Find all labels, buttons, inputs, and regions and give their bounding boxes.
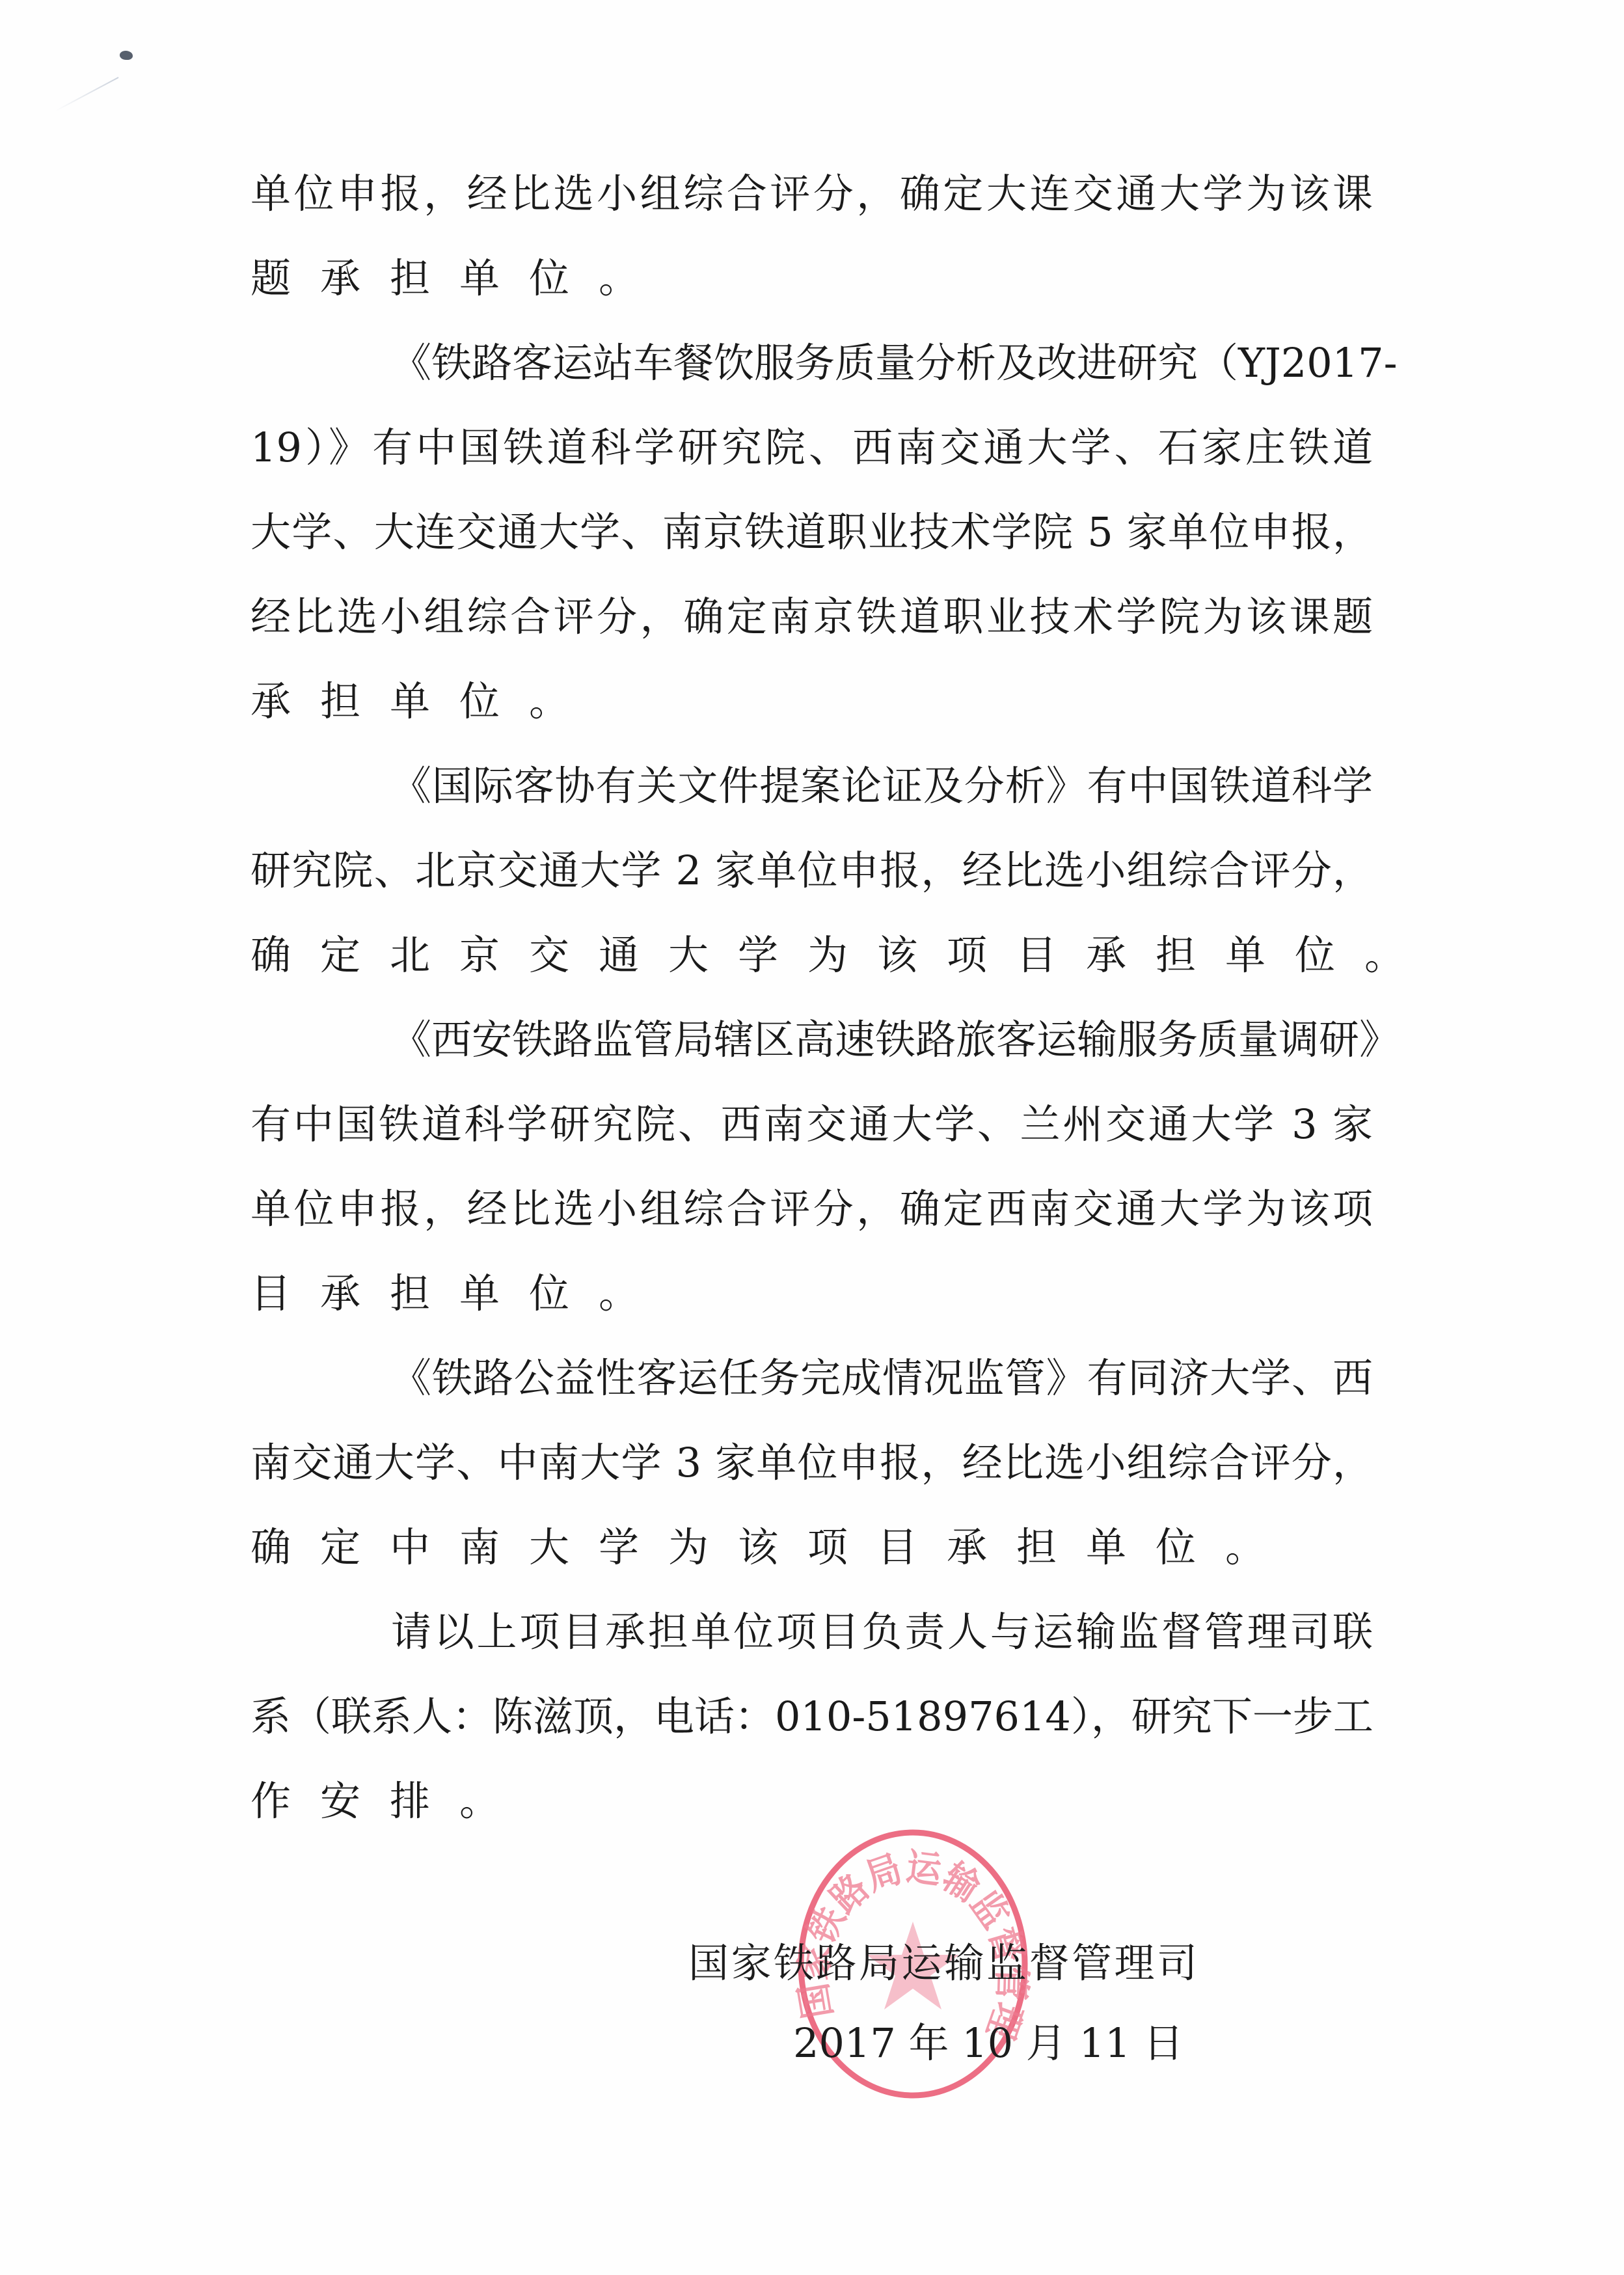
paragraph-2-line-1: 《铁路客运站车餐饮服务质量分析及改进研究（YJ2017- <box>250 321 1373 405</box>
paragraph-6-line-2: 系（联系人：陈滋顶，电话：010-51897614），研究下一步工 <box>250 1674 1373 1759</box>
paragraph-5-line-3: 确定中南大学为该项目承担单位。 <box>250 1505 1373 1590</box>
paragraph-2-line-3: 大学、大连交通大学、南京铁道职业技术学院 5 家单位申报， <box>250 490 1373 575</box>
signature-organization: 国家铁路局运输监督管理司 <box>688 1934 1197 1993</box>
paragraph-2-line-2: 19）》有中国铁道科学研究院、西南交通大学、石家庄铁道 <box>250 405 1373 490</box>
document-page: 单位申报，经比选小组综合评分，确定大连交通大学为该课 题承担单位。 《铁路客运站… <box>0 0 1624 2275</box>
paragraph-1-line-2: 题承担单位。 <box>250 236 1373 321</box>
paragraph-3-line-1: 《国际客协有关文件提案论证及分析》有中国铁道科学 <box>250 744 1373 828</box>
paragraph-4-line-2: 有中国铁道科学研究院、西南交通大学、兰州交通大学 3 家 <box>250 1082 1373 1167</box>
scan-artifact-streak <box>55 77 118 111</box>
paragraph-2-line-4: 经比选小组综合评分，确定南京铁道职业技术学院为该课题 <box>250 575 1373 659</box>
paragraph-4-line-1: 《西安铁路监管局辖区高速铁路旅客运输服务质量调研》 <box>250 998 1373 1082</box>
paragraph-6-line-1: 请以上项目承担单位项目负责人与运输监督管理司联 <box>250 1590 1373 1674</box>
scan-artifact-dot <box>120 51 133 60</box>
paragraph-3-line-3: 确定北京交通大学为该项目承担单位。 <box>250 913 1373 998</box>
paragraph-5-line-2: 南交通大学、中南大学 3 家单位申报，经比选小组综合评分， <box>250 1421 1373 1505</box>
paragraph-4-line-3: 单位申报，经比选小组综合评分，确定西南交通大学为该项 <box>250 1167 1373 1251</box>
paragraph-3-line-2: 研究院、北京交通大学 2 家单位申报，经比选小组综合评分， <box>250 828 1373 913</box>
signature-date: 2017 年 10 月 11 日 <box>793 2014 1139 2073</box>
paragraph-5-line-1: 《铁路公益性客运任务完成情况监管》有同济大学、西 <box>250 1336 1373 1421</box>
paragraph-2-line-5: 承担单位。 <box>250 659 1373 744</box>
paragraph-1-line-1: 单位申报，经比选小组综合评分，确定大连交通大学为该课 <box>250 152 1373 236</box>
paragraph-4-line-4: 目承担单位。 <box>250 1251 1373 1336</box>
